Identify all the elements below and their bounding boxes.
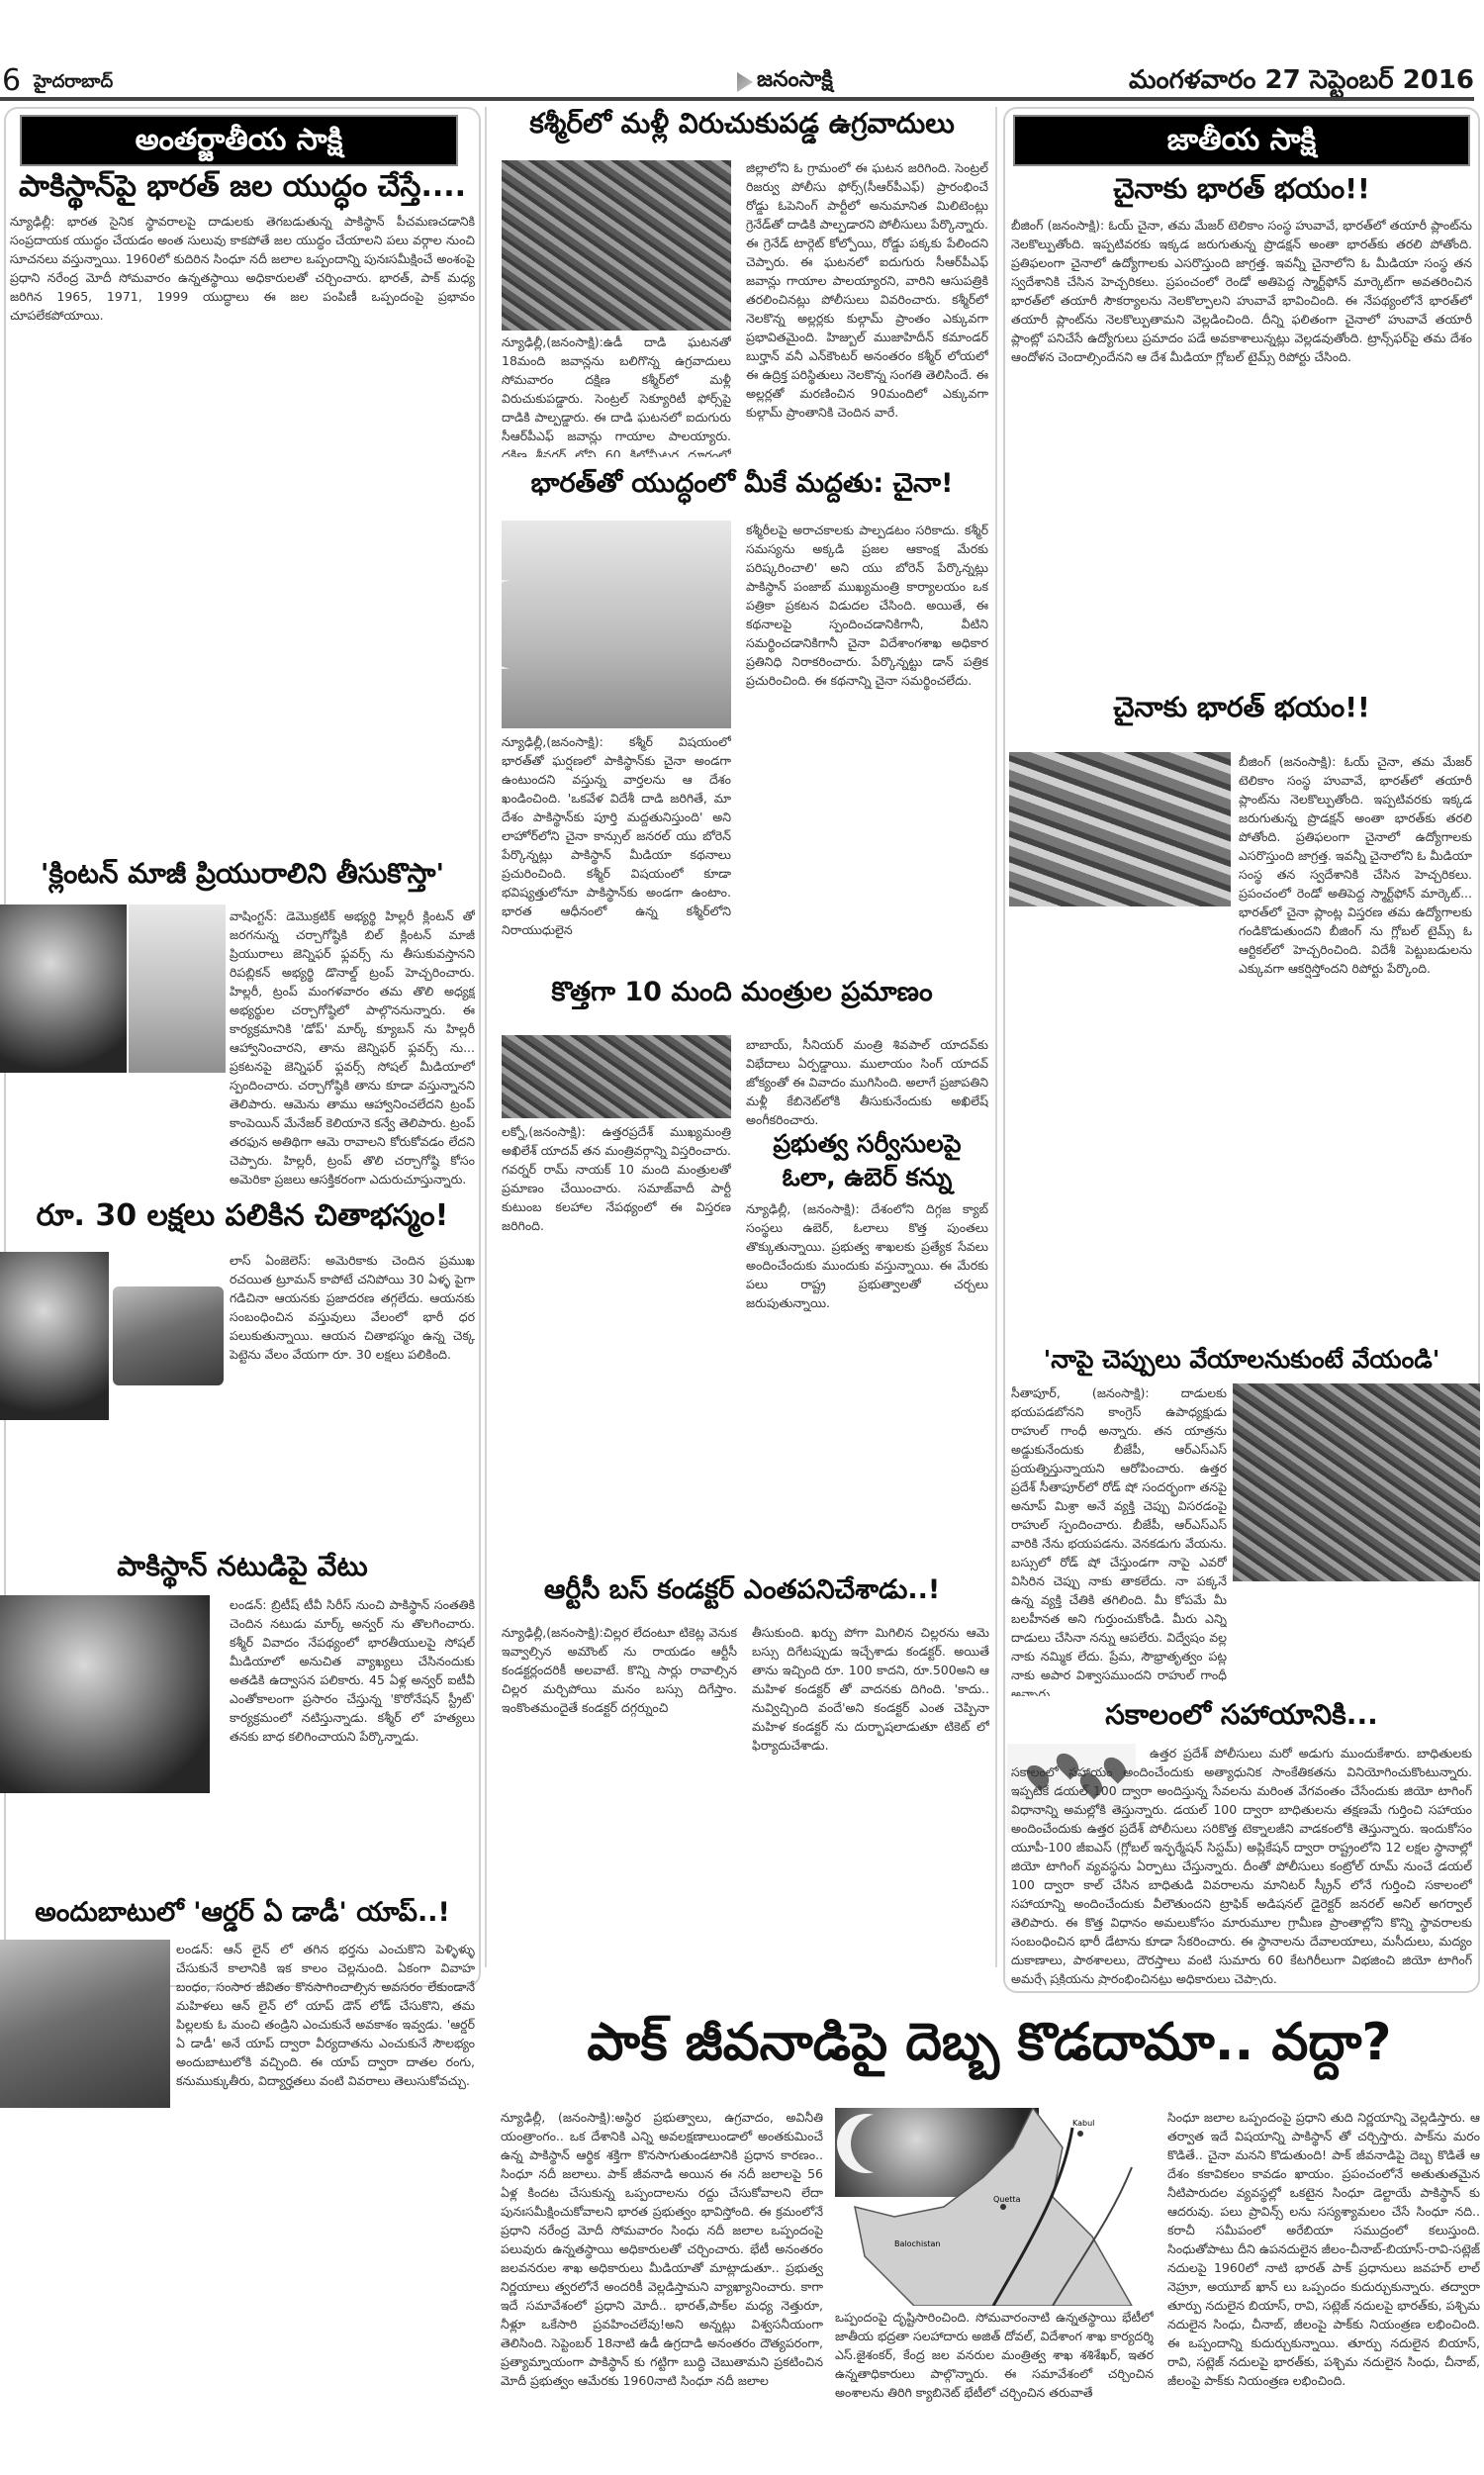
headline-ashes-auction: రూ. 30 లక్షలు పలికిన చితాభస్మం! bbox=[10, 1199, 475, 1232]
page-number: 6 bbox=[2, 63, 21, 98]
article-kashmir-attack-body-2: జిల్లాలోని ఓ గ్రామంలో ఈ ఘటన జరిగింది. సె… bbox=[746, 158, 988, 457]
headline-clinton-ex: 'క్లింటన్ మాజీ ప్రియురాలిని తీసుకొస్తా' bbox=[10, 859, 475, 890]
svg-text:Balochistan: Balochistan bbox=[894, 2239, 940, 2248]
photo-phone-factory bbox=[1009, 752, 1231, 906]
top-margin bbox=[0, 0, 1484, 61]
headline-ten-ministers: కొత్తగా 10 మంది మంత్రుల ప్రమాణం bbox=[495, 978, 989, 1007]
headline-kashmir-attack: కశ్మీర్‌లో మళ్లీ విరుచుకుపడ్డ ఉగ్రవాదులు bbox=[495, 109, 989, 140]
photo-rahul-roadshow bbox=[1233, 1383, 1480, 1581]
section-band-international: అంతర్జాతీయ సాక్షి bbox=[20, 115, 458, 166]
headline-pak-actor: పాకిస్థాన్ నటుడిపై వేటు bbox=[10, 1552, 475, 1582]
article-timely-help-body: ఉత్తర ప్రదేశ్ పోలీసులు మరో అడుగు ముందుకే… bbox=[1011, 1744, 1472, 1985]
photo-injured-jawan bbox=[502, 160, 731, 331]
photo-pak-china-handshake bbox=[502, 521, 731, 728]
article-ashes-auction-body: లాస్ ఏంజెలెస్: అమెరికాకు చెందిన ప్రముఖ ర… bbox=[230, 1251, 475, 1538]
indus-water-body-2: ఒప్పందంపై దృష్టిసారించింది. సోమవారంనాటి … bbox=[835, 2308, 1154, 2407]
article-china-support-body-1: న్యూఢిల్లీ,(జనంసాక్షి): కశ్మీర్ విషయంలో … bbox=[502, 732, 731, 970]
article-ten-ministers-body-2: బాబాయ్, సీనియర్ మంత్రి శివపాల్ యాదవ్‌కు … bbox=[746, 1035, 988, 1130]
headline-order-a-daddy: అందుబాటులో 'ఆర్డర్ ఏ డాడీ' యాప్..! bbox=[10, 1898, 475, 1928]
photo-marc-anwar bbox=[0, 1595, 210, 1793]
headline-china-fears-india-2: చైనాకు భారత్ భయం!! bbox=[1009, 693, 1474, 723]
article-ten-ministers-body-1: లక్నో,(జనంసాక్షి): ఉత్తరప్రదేశ్ ముఖ్యమంత… bbox=[502, 1122, 731, 1558]
photo-swearing-in bbox=[502, 1035, 731, 1118]
headline-china-fears-india-1: చైనాకు భారత్ భయం!! bbox=[1009, 174, 1474, 205]
headline-indus-water: పాక్ జీవనాడిపై దెబ్బ కొడదామా.. వద్దా? bbox=[495, 2015, 1484, 2071]
photo-ashes-box bbox=[113, 1286, 224, 1385]
newspaper-name: జనంసాక్షి bbox=[757, 67, 833, 97]
map-indus-icon: Kabul Quetta Balochistan bbox=[835, 2108, 1154, 2306]
column-divider-left bbox=[485, 107, 487, 1967]
article-rtc-conductor-body-1: న్యూఢిల్లీ,(జనంసాక్షి):చిల్లర లేదంటూ టిక… bbox=[502, 1623, 737, 1989]
section-band-national: జాతీయ సాక్షి bbox=[1013, 115, 1470, 166]
headline-ola-uber-line2: ఓలా, ఉబెర్ కన్ను bbox=[746, 1164, 988, 1191]
indus-water-body-3: సింధూ జలాల ఒప్పందంపై ప్రధాని తుది నిర్ణయ… bbox=[1167, 2108, 1480, 2405]
map-indus-basin: Kabul Quetta Balochistan bbox=[835, 2108, 1154, 2306]
article-kashmir-attack-body-1: న్యూఢిల్లీ,(జనంసాక్షి):ఉడీ దాడి ఘటనతో 18… bbox=[502, 333, 731, 457]
article-rahul-slippers-body: సీతాపూర్, (జనంసాక్షి): దాడులకు భయపడబోనని… bbox=[1011, 1383, 1227, 1696]
logo-arrow-icon bbox=[737, 72, 753, 92]
headline-china-support: భారత్‌తో యుద్ధంలో మీకే మద్దతు: చైనా! bbox=[495, 469, 989, 499]
masthead-rule bbox=[0, 97, 1474, 101]
article-china-fears-india-1-body: బీజింగ్ (జనంసాక్షి): ఓయ్ చైనా, తమ మేజర్ … bbox=[1011, 216, 1472, 681]
photo-trump bbox=[0, 904, 127, 1073]
indus-water-body-1: న్యూఢిల్లీ, (జనంసాక్షి):అస్థిర ప్రభుత్వా… bbox=[501, 2108, 823, 2405]
newspaper-logo: జనంసాక్షి bbox=[737, 67, 833, 97]
svg-text:Quetta: Quetta bbox=[993, 2195, 1021, 2204]
article-rtc-conductor-body-2: తీసుకుంది. ఖర్చు పోగా మిగిలిన చిల్లరను ఆ… bbox=[752, 1623, 989, 1989]
photo-jennifer-flowers bbox=[129, 904, 226, 1073]
column-divider-right bbox=[995, 107, 997, 1967]
photo-truman-capote bbox=[0, 1252, 109, 1420]
crescent-icon bbox=[502, 580, 561, 669]
headline-timely-help: సకాలంలో సహాయానికి... bbox=[1009, 1700, 1474, 1731]
issue-date: మంగళవారం 27 సెప్టెంబర్ 2016 bbox=[1129, 65, 1474, 101]
article-order-a-daddy-body: లండన్: ఆన్ లైన్ లో తగిన భర్తను ఎంచుకొని … bbox=[176, 1940, 475, 2464]
photo-woman-phone bbox=[0, 1940, 170, 2108]
headline-rahul-slippers: 'నాపై చెప్పులు వేయాలనుకుంటే వేయండి' bbox=[1009, 1346, 1474, 1374]
headline-rtc-conductor: ఆర్టీసీ బస్ కండక్టర్ ఎంతపనిచేశాడు..! bbox=[495, 1575, 989, 1605]
article-ola-uber-body: న్యూఢిల్లీ, (జనంసాక్షి): దేశంలోని దిగ్గజ… bbox=[746, 1199, 988, 1558]
article-china-fears-india-2-body: బీజింగ్ (జనంసాక్షి): ఓయ్ చైనా, తమ మేజర్ … bbox=[1239, 752, 1472, 1336]
article-pak-actor-body: లండన్: బ్రిటీష్ టీవీ సిరీస్ నుంచి పాకిస్… bbox=[230, 1595, 475, 1892]
svg-text:Kabul: Kabul bbox=[1072, 2119, 1094, 2128]
edition-city: హైదరాబాద్ bbox=[34, 71, 113, 96]
headline-water-war: పాకిస్థాన్‌పై భారత్ జల యుద్ధం చేస్తే.... bbox=[10, 170, 475, 203]
article-clinton-ex-body: వాషింగ్టన్: డెమొక్రటిక్ అభ్యర్థి హిల్లరీ… bbox=[230, 906, 475, 1203]
headline-ola-uber-line1: ప్రభుత్వ సర్వీసులపై bbox=[746, 1130, 988, 1158]
article-water-war-body: న్యూఢిల్లీ: భారత సైనిక స్థావరాలపై దాడులక… bbox=[10, 212, 475, 855]
article-china-support-body-2: కశ్మీరీలపై అరాచకాలకు పాల్పడటం సరికాదు. క… bbox=[746, 521, 988, 970]
masthead: 6 హైదరాబాద్ జనంసాక్షి మంగళవారం 27 సెప్టె… bbox=[0, 61, 1484, 101]
